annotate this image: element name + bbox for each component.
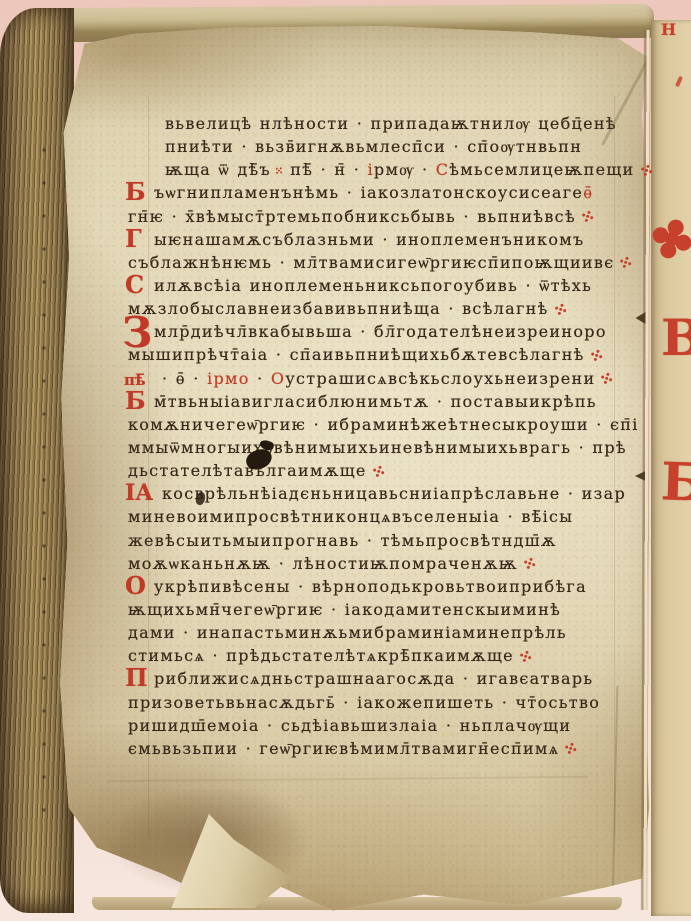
next-page-rubric-letter: Н [661, 20, 676, 39]
body-text: ммыѿмногыихьвѣнимыихьиневѣнимыихьврагь ·… [128, 438, 627, 457]
text-line: Гыѥнашамѫсъблазньми · иноплеменъникомъ [128, 228, 653, 251]
quatrefoil-mark-icon [564, 742, 579, 757]
text-line: Силѫвсѣіа иноплеменьниксьпогоубивь · ѿтѣ… [128, 274, 653, 297]
quatrefoil-mark-icon [371, 464, 386, 479]
body-text: вьвелицѣ нлѣности · припадаѭтнилѹ цебц̄е… [165, 114, 617, 133]
pricking-holes [42, 148, 46, 841]
body-text: пниѣти · вьзв̄игнѫвьмлесп̄си · сп̄оѹтнвь… [165, 137, 582, 156]
body-text: риближисѧдньстрашнаагосѫда · игавєатварь [154, 669, 593, 688]
text-line: мѫзлобыславнеизбавивьпниѣща · всѣлагнѣ [128, 297, 653, 320]
manuscript-photo: НВБ вьвелицѣ нлѣности · припадаѭтнилѹ це… [0, 0, 691, 921]
text-line: Бм̄твьныіавигласиблюнимьтѫ · поставыикрѣ… [128, 390, 653, 413]
body-text: мышипрѣчт̄аіа · сп̄аивьпниѣщихьб̄ѫтевсѣл… [128, 345, 585, 364]
text-line: ІАкосврѣльнѣіадєньницавьсниіапрѣславьне … [128, 482, 653, 505]
text-line: пниѣти · вьзв̄игнѫвьмлесп̄си · сп̄оѹтнвь… [128, 135, 653, 158]
quatrefoil-mark-icon [639, 163, 654, 178]
text-line: комѫничегеѡ̄ргиѥ · ибраминѣжеѣтнесыкроуш… [128, 413, 653, 436]
red-tick-mark [675, 76, 683, 88]
text-line: моѫѡканьнѫѭ · лѣностиѭпомраченѫѭ [128, 552, 653, 575]
body-text: косврѣльнѣіадєньницавьсниіапрѣславьне · … [162, 484, 626, 503]
body-text: жевѣсыитьмыипрогнавь · тѣмьпросвѣтндш̄ѫ [128, 531, 557, 550]
text-line: Бъѡгнипламенънѣмь · іакозлатонскоусисеаг… [128, 181, 653, 204]
text-line: жевѣсыитьмыипрогнавь · тѣмьпросвѣтндш̄ѫ [128, 529, 653, 552]
body-text: · ѳ̄ · [162, 369, 207, 388]
body-text: дами · инапастьминѫьмибраминіаминепрѣль [128, 623, 567, 642]
body-text: ѭщихьмн̄чегеѡ̄ргиѥ · іакодамитенскыиминѣ [128, 600, 561, 619]
text-line: дами · инапастьминѫьмибраминіаминепрѣль [128, 621, 653, 644]
body-text: укрѣпивѣсены · вѣрноподькровьтвоиприбѣга [154, 577, 587, 596]
text-line: Приближисѧдньстрашнаагосѫда · игавєатвар… [128, 667, 653, 690]
text-line: вьвелицѣ нлѣности · припадаѭтнилѹ цебц̄е… [128, 112, 653, 135]
body-text: ыѥнашамѫсъблазньми · иноплеменъникомъ [154, 230, 585, 249]
rosette-ornament-icon [663, 230, 681, 248]
text-line: пѣ̄· ѳ̄ · ірмо · Оустрашисѧвсѣкьслоухьне… [128, 367, 653, 390]
rubric-initial: Г [125, 229, 142, 249]
rubric-initial: ІА [125, 483, 153, 503]
body-text: илѫвсѣіа иноплеменьниксьпогоубивь · ѿтѣх… [154, 276, 592, 295]
body-text: м̄твьныіавигласиблюнимьтѫ · поставыикрѣп… [154, 392, 597, 411]
quatrefoil-mark-icon [600, 371, 615, 386]
text-line: ѭщихьмн̄чегеѡ̄ргиѥ · іакодамитенскыиминѣ [128, 598, 653, 621]
text-line: ємьвьзьпии · геѡ̄ргиѥвѣмимл̄твамигн̄есп̄… [128, 737, 653, 760]
body-text: млр̄диѣчл̄вкабывьша · бл̄годателѣнеизреи… [154, 322, 607, 341]
rubric-text: О [271, 369, 285, 388]
body-text: рмѹ · [374, 160, 436, 179]
rubric-initial: С [125, 275, 144, 295]
next-page-strip: НВБ [651, 20, 691, 916]
quatrefoil-mark-icon [580, 210, 595, 225]
quatrefoil-mark-icon [522, 557, 537, 572]
body-text: устрашисѧвсѣкьслоухьнеизрени [285, 369, 595, 388]
text-line: мышипрѣчт̄аіа · сп̄аивьпниѣщихьб̄ѫтевсѣл… [128, 343, 653, 366]
rubric-initial: Б [125, 391, 146, 411]
body-text: ѣмьсемлицеѭпещи [449, 160, 634, 179]
body-text: ѭща ѿ дѣ̄ъ [165, 160, 271, 179]
text-line: ришидш̄емоіа · сьдѣіавьшизлаіа · ньплачѹ… [128, 714, 653, 737]
text-block: вьвелицѣ нлѣности · припадаѭтнилѹ цебц̄е… [128, 112, 653, 760]
text-line: Змлр̄диѣчл̄вкабывьша · бл̄годателѣнеизре… [128, 320, 653, 343]
body-text: пѣ̄ · н̄ · [283, 160, 368, 179]
body-text: ъѡгнипламенънѣмь · іакозлатонскоусисеаге [154, 183, 583, 202]
rubric-initial: П [125, 668, 148, 688]
text-line: ѭща ѿ дѣ̄ъ пѣ̄ · н̄ · ірмѹ · Сѣмьсемлице… [128, 158, 653, 181]
rubric-initial: О [125, 576, 146, 596]
text-line: ммыѿмногыихьвѣнимыихьиневѣнимыихьврагь ·… [128, 436, 653, 459]
text-line: гн̄ѥ · х̄вѣмыст̄ртемьпобниксьбывь · вьпн… [128, 205, 653, 228]
body-text: · [250, 369, 271, 388]
body-text: съблажнѣнѥмь · мл̄твамисигеѡ̄ргиѥсп̄ипоѭ… [128, 253, 614, 272]
body-text: ємьвьзьпии · геѡ̄ргиѥвѣмимл̄твамигн̄есп̄… [128, 739, 559, 758]
quatrefoil-mark-icon [619, 256, 634, 271]
body-text: моѫѡканьнѫѭ · лѣностиѭпомраченѫѭ [128, 554, 518, 573]
rubric-text: ірмо [207, 369, 250, 388]
body-text: гн̄ѥ · х̄вѣмыст̄ртемьпобниксьбывь · вьпн… [128, 207, 576, 226]
text-line: дьстателѣтавѣлгаимѫще [128, 459, 653, 482]
body-text: мѫзлобыславнеизбавивьпниѣща · всѣлагнѣ [128, 299, 549, 318]
text-line: Оукрѣпивѣсены · вѣрноподькровьтвоиприбѣг… [128, 575, 653, 598]
text-line: стимьсѧ · прѣдьстателѣтѧкрѣ̄пкаимѫще [128, 644, 653, 667]
text-line: съблажнѣнѥмь · мл̄твамисигеѡ̄ргиѥсп̄ипоѭ… [128, 251, 653, 274]
body-text: призоветьвьнасѫдьгь̄ · іакожепишеть · чт… [128, 693, 600, 712]
quatrefoil-mark-icon [518, 649, 533, 664]
rubric-text: С [436, 160, 450, 179]
quatrefoil-mark-icon [589, 348, 604, 363]
book-spine-stack [0, 8, 74, 913]
next-page-rubric-letter: Б [660, 451, 691, 514]
text-line: миневоимипросвѣтниконцѧвъселеныіа · вѣ̄і… [128, 505, 653, 528]
body-text: ришидш̄емоіа · сьдѣіавьшизлаіа · ньплачѹ… [128, 716, 571, 735]
body-text: стимьсѧ · прѣдьстателѣтѧкрѣ̄пкаимѫще [128, 646, 514, 665]
next-page-rubric-letter: В [661, 308, 691, 367]
body-text: миневоимипросвѣтниконцѧвъселеныіа · вѣ̄і… [128, 507, 573, 526]
rubric-initial: Б [125, 182, 146, 202]
body-text: комѫничегеѡ̄ргиѥ · ибраминѣжеѣтнесыкроуш… [128, 415, 639, 434]
quatrefoil-mark-icon [553, 302, 568, 317]
text-line: призоветьвьнасѫдьгь̄ · іакожепишеть · чт… [128, 691, 653, 714]
rubric-text: ѳ̄ [583, 183, 593, 202]
